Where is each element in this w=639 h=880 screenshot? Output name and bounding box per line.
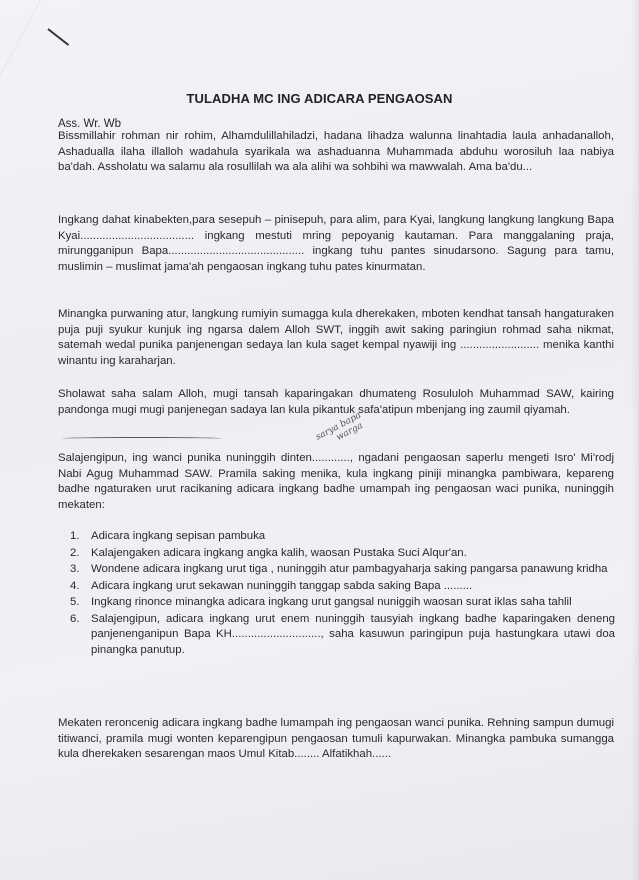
list-number: 2. [70, 546, 91, 562]
agenda-list: 1.Adicara ingkang sepisan pambuka 2.Kala… [70, 529, 615, 659]
list-number: 1. [70, 529, 91, 545]
pen-mark [47, 28, 69, 46]
list-number: 6. [70, 612, 91, 659]
paragraph-event-intro: Salajengipun, ing wanci punika nuninggih… [58, 451, 614, 513]
list-item: 5.Ingkang rinonce minangka adicara ingka… [70, 595, 615, 611]
list-item: 2.Kalajengaken adicara ingkang angka kal… [70, 546, 615, 562]
list-text: Kalajengaken adicara ingkang angka kalih… [91, 546, 615, 562]
document-page: TULADHA MC ING ADICARA PENGAOSAN Ass. Wr… [0, 0, 639, 880]
handwritten-underline [62, 437, 222, 440]
list-number: 5. [70, 595, 91, 611]
list-number: 3. [70, 562, 91, 578]
list-text: Ingkang rinonce minangka adicara ingkang… [91, 595, 615, 611]
list-text: Adicara ingkang sepisan pambuka [91, 529, 615, 545]
document-title: TULADHA MC ING ADICARA PENGAOSAN [0, 91, 639, 106]
paragraph-gratitude: Minangka purwaning atur, langkung rumiyi… [58, 307, 614, 369]
list-text: Wondene adicara ingkang urut tiga , nuni… [91, 562, 615, 578]
list-text: Salajengipun, adicara ingkang urut enem … [91, 612, 615, 659]
list-item: 1.Adicara ingkang sepisan pambuka [70, 529, 615, 545]
list-number: 4. [70, 579, 91, 595]
paper-fold [0, 0, 41, 89]
list-text: Adicara ingkang urut sekawan nuninggih t… [91, 579, 615, 595]
list-item: 4.Adicara ingkang urut sekawan nuninggih… [70, 579, 615, 595]
list-item: 6.Salajengipun, adicara ingkang urut ene… [70, 612, 615, 659]
paragraph-sholawat: Sholawat saha salam Alloh, mugi tansah k… [58, 387, 614, 418]
paragraph-honored-guests: Ingkang dahat kinabekten,para sesepuh – … [58, 213, 614, 275]
paragraph-opening-prayer: Bissmillahir rohman nir rohim, Alhamduli… [58, 129, 614, 176]
paragraph-closing: Mekaten reroncenig adicara ingkang badhe… [58, 716, 614, 763]
list-item: 3.Wondene adicara ingkang urut tiga , nu… [70, 562, 615, 578]
